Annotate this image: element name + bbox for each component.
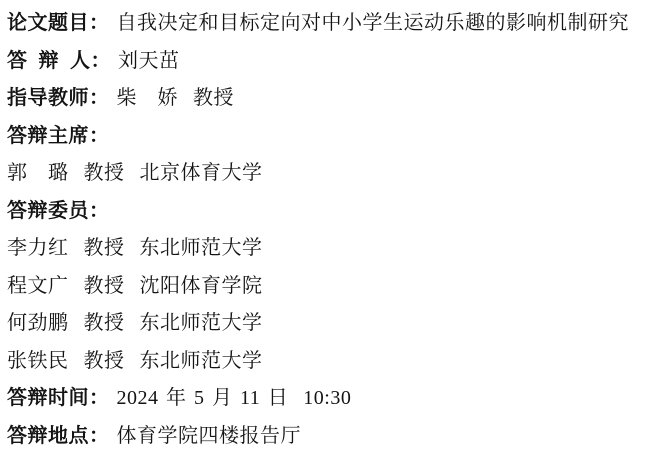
- defense-location-label: 答辩地点：: [7, 419, 110, 448]
- defender-label: 答 辩 人：: [7, 44, 111, 73]
- line-defense-time: 答辩时间： 2024 年 5 月 11 日 10:30: [7, 377, 651, 415]
- advisor-label: 指导教师：: [7, 81, 110, 110]
- line-thesis-title: 论文题目： 自我决定和目标定向对中小学生运动乐趣的影响机制研究: [7, 2, 651, 40]
- line-advisor: 指导教师： 柴 娇 教授: [7, 77, 651, 115]
- line-defense-location: 答辩地点： 体育学院四楼报告厅: [7, 415, 651, 453]
- line-committee-member-4: 张铁民 教授 东北师范大学: [7, 340, 651, 378]
- committee-member-4-value: 张铁民 教授 东北师范大学: [7, 344, 263, 373]
- line-committee-heading: 答辩委员：: [7, 190, 651, 228]
- chair-member-value: 郭 璐 教授 北京体育大学: [7, 156, 263, 185]
- committee-member-3-value: 何劲鹏 教授 东北师范大学: [7, 306, 263, 335]
- line-committee-member-2: 程文广 教授 沈阳体育学院: [7, 265, 651, 303]
- advisor-value: 柴 娇 教授: [117, 81, 235, 110]
- defender-value: 刘天茁: [118, 44, 180, 73]
- line-committee-member-1: 李力红 教授 东北师范大学: [7, 227, 651, 265]
- line-chair-heading: 答辩主席：: [7, 115, 651, 153]
- defense-time-label: 答辩时间：: [7, 381, 110, 410]
- document-page: 论文题目： 自我决定和目标定向对中小学生运动乐趣的影响机制研究 答 辩 人： 刘…: [0, 0, 657, 455]
- defense-time-value: 2024 年 5 月 11 日 10:30: [117, 381, 352, 410]
- line-defender: 答 辩 人： 刘天茁: [7, 40, 651, 78]
- thesis-title-value: 自我决定和目标定向对中小学生运动乐趣的影响机制研究: [117, 6, 630, 35]
- committee-member-2-value: 程文广 教授 沈阳体育学院: [7, 269, 263, 298]
- line-committee-member-3: 何劲鹏 教授 东北师范大学: [7, 302, 651, 340]
- committee-heading-label: 答辩委员：: [7, 194, 110, 223]
- committee-member-1-value: 李力红 教授 东北师范大学: [7, 231, 263, 260]
- line-chair-member: 郭 璐 教授 北京体育大学: [7, 152, 651, 190]
- defense-location-value: 体育学院四楼报告厅: [117, 419, 302, 448]
- chair-heading-label: 答辩主席：: [7, 119, 110, 148]
- thesis-title-label: 论文题目：: [7, 6, 110, 35]
